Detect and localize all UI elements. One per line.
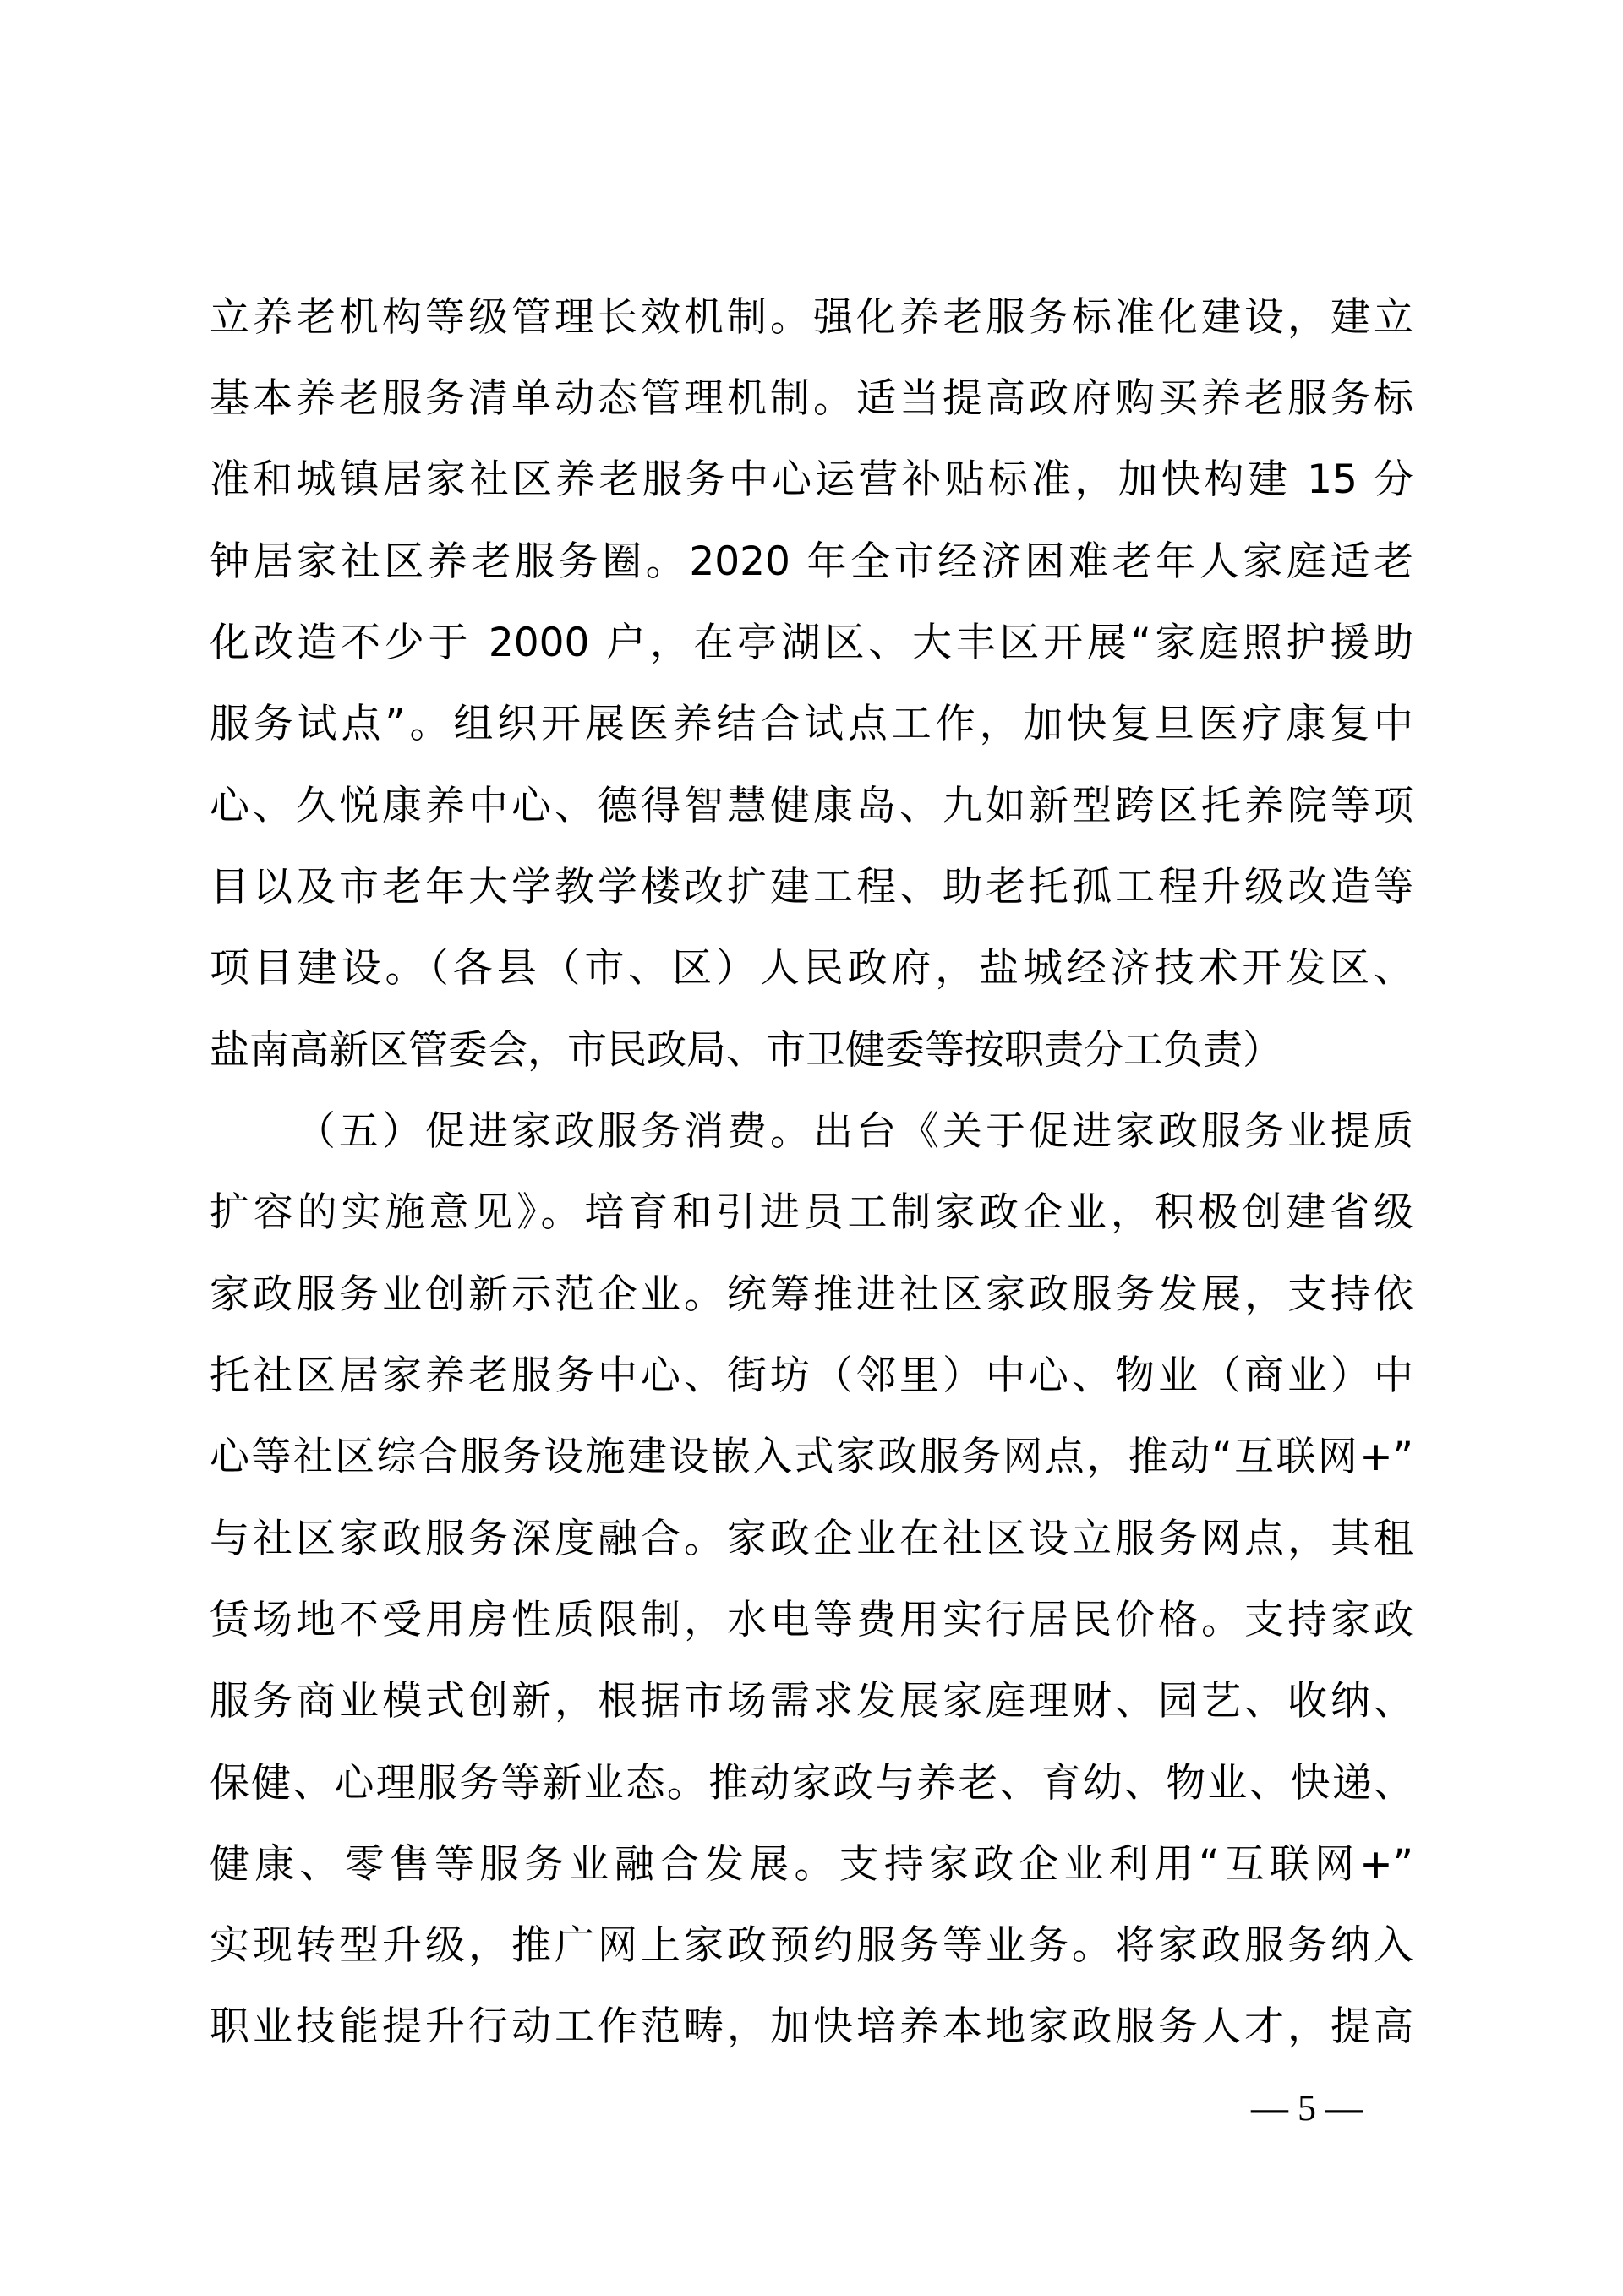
text-line: 服务商业模式创新，根据市场需求发展家庭理财、园艺、收纳、 <box>210 1661 1413 1742</box>
text-line: 立养老机构等级管理长效机制。强化养老服务标准化建设，建立 <box>210 277 1413 358</box>
text-line: 基本养老服务清单动态管理机制。适当提高政府购买养老服务标 <box>210 358 1413 440</box>
text-line: 职业技能提升行动工作范畴，加快培养本地家政服务人才，提高 <box>210 1987 1413 2068</box>
text-line: 与社区家政服务深度融合。家政企业在社区设立服务网点，其租 <box>210 1499 1413 1580</box>
text-line: 赁场地不受用房性质限制，水电等费用实行居民价格。支持家政 <box>210 1580 1413 1661</box>
text-line: 盐南高新区管委会，市民政局、市卫健委等按职责分工负责） <box>210 1010 1413 1091</box>
text-line: 托社区居家养老服务中心、街坊（邻里）中心、物业（商业）中 <box>210 1336 1413 1417</box>
text-line: 实现转型升级，推广网上家政预约服务等业务。将家政服务纳入 <box>210 1905 1413 1987</box>
text-line: 健康、零售等服务业融合发展。支持家政企业利用“互联网+” <box>210 1824 1413 1905</box>
text-line: 服务试点”。组织开展医养结合试点工作，加快复旦医疗康复中 <box>210 684 1413 765</box>
text-line: 目以及市老年大学教学楼改扩建工程、助老托孤工程升级改造等 <box>210 847 1413 928</box>
section-heading-line: （五）促进家政服务消费。出台《关于促进家政服务业提质 <box>296 1091 1413 1173</box>
text-line: 心等社区综合服务设施建设嵌入式家政服务网点，推动“互联网+” <box>210 1417 1413 1498</box>
text-line: 保健、心理服务等新业态。推动家政与养老、育幼、物业、快递、 <box>210 1743 1413 1824</box>
text-line: 项目建设。（各县（市、区）人民政府，盐城经济技术开发区、 <box>210 928 1413 1009</box>
text-line: 钟居家社区养老服务圈。2020 年全市经济困难老年人家庭适老 <box>210 522 1413 603</box>
text-line: 扩容的实施意见》。培育和引进员工制家政企业，积极创建省级 <box>210 1173 1413 1254</box>
text-line: 心、久悦康养中心、德得智慧健康岛、九如新型跨区托养院等项 <box>210 766 1413 847</box>
document-page: 立养老机构等级管理长效机制。强化养老服务标准化建设，建立 基本养老服务清单动态管… <box>0 0 1623 2296</box>
page-number: — 5 — <box>1231 2085 1383 2132</box>
text-line: 家政服务业创新示范企业。统筹推进社区家政服务发展，支持依 <box>210 1255 1413 1336</box>
text-line: 化改造不少于 2000 户，在亭湖区、大丰区开展“家庭照护援助 <box>210 603 1413 684</box>
text-line: 准和城镇居家社区养老服务中心运营补贴标准，加快构建 15 分 <box>210 440 1413 521</box>
